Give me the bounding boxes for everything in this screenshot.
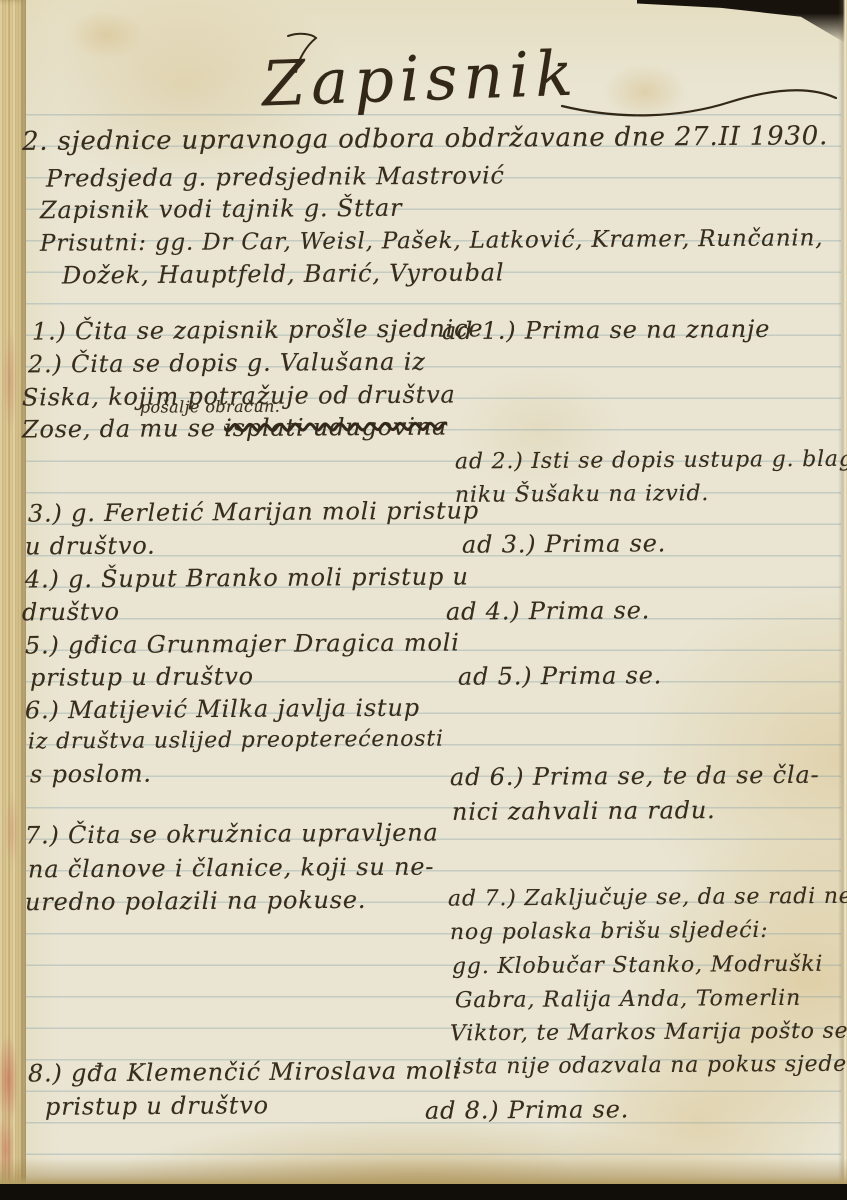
agenda-item-5-line-2: pristup u društvo — [30, 662, 254, 692]
notebook-page-photo: Zapisnik 2. sjednice upravnoga odbora ob… — [0, 0, 847, 1200]
photo-dark-bottom — [0, 1184, 847, 1200]
resolution-ad-7-line-6: ista nije odazvala na pokus sjedeći. — [455, 1052, 847, 1080]
resolution-ad-7-line-4: Gabra, Ralija Anda, Tomerlin — [455, 986, 801, 1013]
present-line-2: Dožek, Hauptfeld, Barić, Vyroubal — [62, 258, 504, 289]
agenda-item-6-line-3: s poslom. — [30, 760, 152, 789]
resolution-ad-6-line-1: ad 6.) Prima se, te da se čla- — [450, 761, 820, 792]
title-pen-accent — [282, 30, 322, 76]
agenda-item-1: 1.) Čita se zapisnik prošle sjednice — [32, 314, 483, 345]
agenda-item-2-line-3-text: Zose, da mu se — [22, 414, 216, 443]
agenda-item-2-line-1: 2.) Čita se dopis g. Valušana iz — [28, 348, 426, 379]
agenda-item-5-line-1: 5.) gđica Grunmajer Dragica moli — [25, 628, 460, 659]
photo-dark-corner — [637, 0, 847, 44]
session-heading-line: 2. sjednice upravnoga odbora obdržavane … — [22, 121, 828, 157]
agenda-item-2-struck-text: isplati udugovina — [224, 413, 447, 443]
agenda-item-4-line-2: društvo — [22, 598, 120, 627]
agenda-item-2-line-3: Zose, da mu se isplati udugovina pošalje… — [22, 413, 447, 444]
resolution-ad-3: ad 3.) Prima se. — [462, 529, 666, 558]
resolution-ad-4: ad 4.) Prima se. — [446, 596, 650, 625]
agenda-item-4-line-1: 4.) g. Šuput Branko moli pristup u — [25, 562, 469, 593]
agenda-item-2-inserted-text: pošalje obračun. — [140, 397, 281, 417]
page-bottom-edge-shadow — [0, 1158, 847, 1184]
resolution-ad-8: ad 8.) Prima se. — [425, 1095, 629, 1124]
title-flourish — [560, 68, 840, 128]
secretary-line: Zapisnik vodi tajnik g. Šttar — [40, 194, 403, 225]
resolution-ad-7-line-3: gg. Klobučar Stanko, Modruški — [452, 952, 823, 980]
resolution-ad-7-line-2: nog polaska brišu sljedeći: — [450, 918, 769, 945]
present-line-1: Prisutni: gg. Dr Car, Weisl, Pašek, Latk… — [40, 225, 823, 256]
resolution-ad-2-line-2: niku Šušaku na izvid. — [455, 481, 709, 508]
agenda-item-7-line-3: uredno polazili na pokuse. — [25, 886, 366, 916]
agenda-item-7-line-1: 7.) Čita se okružnica upravljena — [25, 819, 439, 850]
resolution-ad-7-line-1: ad 7.) Zaključuje se, da se radi nemar- — [448, 883, 847, 911]
resolution-ad-7-line-5: Viktor, te Markos Marija pošto se — [450, 1019, 847, 1047]
agenda-item-8-line-2: pristup u društvo — [45, 1091, 269, 1121]
agenda-item-6-line-2: iz društva uslijed preopterećenosti — [28, 727, 444, 755]
chair-line: Predsjeda g. predsjednik Mastrović — [46, 161, 505, 192]
resolution-ad-5: ad 5.) Prima se. — [458, 661, 662, 690]
resolution-ad-6-line-2: nici zahvali na radu. — [452, 796, 716, 826]
agenda-item-6-line-1: 6.) Matijević Milka javlja istup — [25, 694, 420, 725]
agenda-item-3-line-1: 3.) g. Ferletić Marijan moli pristup — [28, 496, 479, 527]
agenda-item-3-line-2: u društvo. — [25, 532, 156, 561]
agenda-item-8-line-1: 8.) gđa Klemenčić Miroslava moli — [28, 1056, 461, 1087]
resolution-ad-1: ad 1.) Prima se na znanje — [442, 315, 770, 345]
resolution-ad-2-line-1: ad 2.) Isti se dopis ustupa g. blagaj- — [455, 447, 847, 475]
agenda-item-7-line-2: na članove i članice, koji su ne- — [28, 853, 434, 884]
